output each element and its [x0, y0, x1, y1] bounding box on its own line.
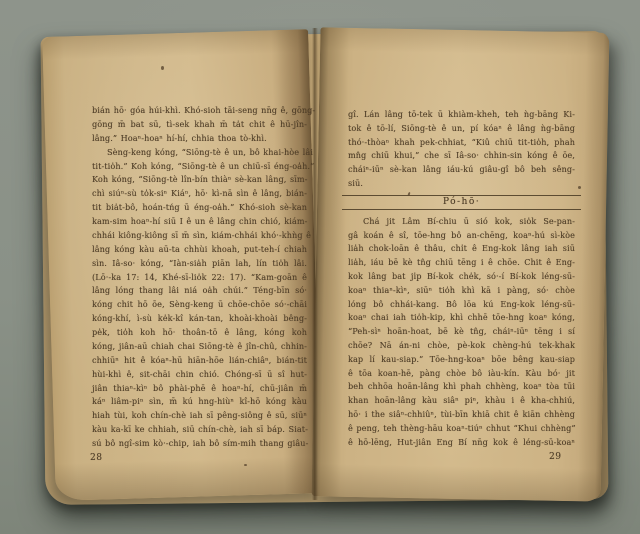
- text-line: mn̂g chiū khui,” che sī Iâ-so· chhin-sin…: [348, 149, 575, 163]
- right-paragraph-2: Chá jit Lâm Bí-chiu ū sió kok, sio̍k Se-…: [348, 215, 575, 450]
- text-line: kok lâng bat ji̍p Bí-kok che̍k, só·-í Bí…: [348, 270, 575, 284]
- text-line: chì siúⁿ-sù to̍k-siⁿ Kiáⁿ, hō· kì-nā sìn…: [92, 187, 307, 201]
- text-line: chhiūⁿ hit ê kóaⁿ-hū hiān-hōe lián-chiâⁿ…: [92, 354, 307, 368]
- text-line: lia̍h chok-loān ê thâu, chi̍t ê Eng-kok …: [348, 242, 575, 256]
- page-number-left: 28: [90, 453, 102, 463]
- text-line: kàu ka-kī ke chhiah, siū chín-chè, iah s…: [92, 423, 307, 437]
- text-line: beh chhōa hoān-lâng khì phah chhèng, koa…: [348, 380, 575, 394]
- text-line: ê peng, teh thèng-hāu koaⁿ-tiúⁿ chhut “K…: [348, 422, 575, 436]
- text-line: lâng.” Hoaⁿ-hoaⁿ hí-hí, chhia thoa tò-kh…: [92, 132, 307, 146]
- paper-speck: [161, 66, 164, 70]
- photo-background: bián hō· góa húi-khì. Khó-sioh tāi-seng …: [0, 0, 640, 534]
- text-line: khan hoān-lâng kàu siâⁿ piⁿ, khàu i ê kh…: [348, 394, 575, 408]
- text-line: lóng bô chhái-kang. Bô lōa kú Eng-kok lé…: [348, 298, 575, 312]
- text-line: kóng-khí, ì-sù ke̍k-kî kán-tan, khoài-kh…: [92, 312, 307, 326]
- text-line: Sèng-keng kóng, “Siōng-tè ê un, bô khai-…: [92, 146, 307, 160]
- printed-text-layer: bián hō· góa húi-khì. Khó-sioh tāi-seng …: [0, 0, 640, 534]
- text-line: gî. Lán lâng tō-tek ū khiàm-kheh, teh ǹg…: [348, 108, 575, 122]
- text-line: koaⁿ chai iah tio̍h-kip, khì chhē tōe-hn…: [348, 311, 575, 325]
- text-line: siū.: [348, 177, 575, 191]
- text-line: lâng lóng thang lâi niá oa̍h chúi.” Téng…: [92, 284, 307, 298]
- text-line: bián hō· góa húi-khì. Khó-sioh tāi-seng …: [92, 104, 307, 118]
- text-line: hiah tùi, koh chín-chè iah sī pêng-siông…: [92, 409, 307, 423]
- paper-speck: [244, 464, 247, 466]
- text-line: gâ koán ê sî, tōe-hng bô an-chēng, koaⁿ-…: [348, 229, 575, 243]
- text-line: gōng m̄ bat sū, tì-sek khah m̄ ta̍t chit…: [92, 118, 307, 132]
- text-line: chōe? Nā án-ni chòe, pè-kok chèng-hú tek…: [348, 339, 575, 353]
- left-page-text: bián hō· góa húi-khì. Khó-sioh tāi-seng …: [92, 104, 307, 451]
- text-line: tit bia̍t-bô, hoán-tńg ū éng-oa̍h.” Khó-…: [92, 201, 307, 215]
- text-line: Chá jit Lâm Bí-chiu ū sió kok, sio̍k Se-…: [348, 215, 575, 229]
- paper-speck: [578, 186, 581, 189]
- text-line: “Peh-sìⁿ hoān-hoat, bē kè tn̂g, cháiⁿ-iū…: [348, 325, 575, 339]
- text-line: ê hō-lēng, Hut-jiân Eng Bí nn̄g kok ê lé…: [348, 436, 575, 450]
- text-line: pe̍k, tio̍h koh hō· thoân-tō ê lâng, kón…: [92, 326, 307, 340]
- text-line: thó·-thòaⁿ khah pek-chhiat, “Kiû chiū ti…: [348, 136, 575, 150]
- text-line: (Lō·-ka 17: 14, Khé-sī-lio̍k 22: 17). “K…: [92, 271, 307, 285]
- text-line: sú bô ngî-sim kò·-chip, iah bô sím-mih t…: [92, 437, 307, 451]
- heading-rule-bottom: [342, 209, 581, 210]
- text-line: Koh kóng, “Siōng-tè lîn-bín thiàⁿ sè-kan…: [92, 173, 307, 187]
- page-number-right: 29: [549, 452, 561, 462]
- text-line: jiân thiaⁿ-kìⁿ bô phài-phē ê hoaⁿ-hí, ch…: [92, 382, 307, 396]
- text-line: sìn. Iâ-so· kóng, “Iàn-sia̍h piān lah, l…: [92, 257, 307, 271]
- section-heading: Pó-hō·: [348, 196, 575, 209]
- text-line: lâng kóng kàu aū-ta chhùi khoah, put-teh…: [92, 243, 307, 257]
- text-line: tit-tio̍h.” Koh kóng, “Siōng-tè ê un chi…: [92, 160, 307, 174]
- text-line: chhái kiông-kiông sī m̄ sìn, kiám-chhái …: [92, 229, 307, 243]
- text-line: hùi-khì ê, sit-chāi chin chió. Chóng-sī …: [92, 368, 307, 382]
- right-paragraph-1: gî. Lán lâng tō-tek ū khiàm-kheh, teh ǹg…: [348, 108, 575, 191]
- text-line: kam-sim hoaⁿ-hí siū I ê un ê lâng chin c…: [92, 215, 307, 229]
- text-line: kóng chit hō ōe, Sèng-keng ū chōe-chōe s…: [92, 298, 307, 312]
- text-line: káⁿ liâm-piⁿ sìn, m̄ kú hng-hiùⁿ kî-hō k…: [92, 395, 307, 409]
- text-line: koaⁿ thiaⁿ-kìⁿ, siūⁿ tio̍h khì kā i pàng…: [348, 284, 575, 298]
- right-page-text: gî. Lán lâng tō-tek ū khiàm-kheh, teh ǹg…: [348, 108, 575, 449]
- text-line: kóng, jiân-aū chiah chai Siōng-tè ê jîn-…: [92, 340, 307, 354]
- text-line: kap lí kau-siap.” Tōe-hng-koaⁿ bōe bêng …: [348, 353, 575, 367]
- text-line: cháiⁿ-iūⁿ sè-kan lâng iáu-kú giâu-gî bô …: [348, 163, 575, 177]
- text-line: tok ê tō-lí, Siōng-tè ê un, pí kóaⁿ ê lâ…: [348, 122, 575, 136]
- text-line: lia̍h, iáu bē kè tn̂g chiū tēng i ê chōe…: [348, 256, 575, 270]
- section-heading-block: Pó-hō·: [348, 195, 575, 210]
- text-line: ê tōa koan-hē, pàng chòe bô iàu-kín. Kàu…: [348, 367, 575, 381]
- text-line: hō· i the siâⁿ-chhiûⁿ, tùi-bīn khiā chit…: [348, 408, 575, 422]
